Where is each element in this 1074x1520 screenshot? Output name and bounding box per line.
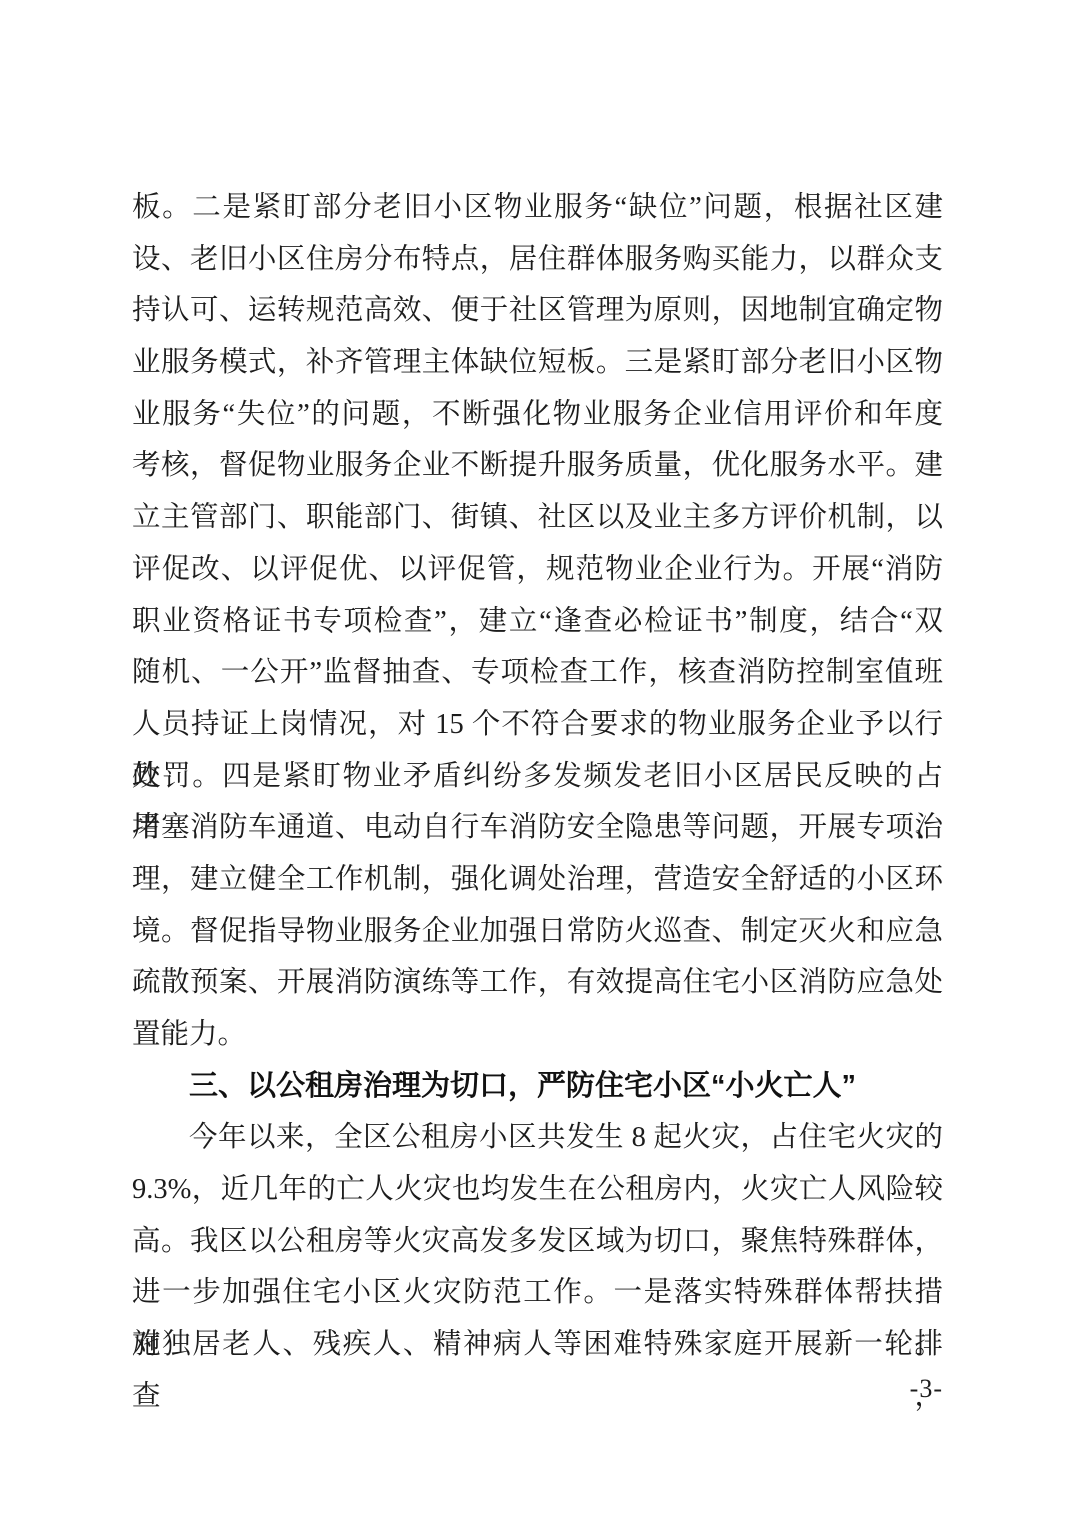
text-line: 业服务“失位”的问题，不断强化物业服务企业信用评价和年度 xyxy=(132,389,943,441)
text-line: 今年以来，全区公租房小区共发生 8 起火灾，占住宅火灾的 xyxy=(132,1112,943,1164)
text-line: 立主管部门、职能部门、街镇、社区以及业主多方评价机制，以 xyxy=(132,492,943,544)
text-line: 职业资格证书专项检查”，建立“逢查必检证书”制度，结合“双 xyxy=(132,596,943,648)
text-line: 人员持证上岗情况，对 15 个不符合要求的物业服务企业予以行政 xyxy=(132,699,943,751)
text-line: 评促改、以评促优、以评促管，规范物业企业行为。开展“消防 xyxy=(132,544,943,596)
section-heading: 三、以公租房治理为切口，严防住宅小区“小火亡人” xyxy=(132,1061,943,1113)
page-number: -3- xyxy=(910,1374,943,1404)
paragraph-continuation: 板。二是紧盯部分老旧小区物业服务“缺位”问题，根据社区建设、老旧小区住房分布特点… xyxy=(132,182,943,1061)
text-line: 置能力。 xyxy=(132,1009,943,1061)
text-line: 对独居老人、残疾人、精神病人等困难特殊家庭开展新一轮排查， xyxy=(132,1319,943,1371)
text-line: 板。二是紧盯部分老旧小区物业服务“缺位”问题，根据社区建 xyxy=(132,182,943,234)
document-body: 板。二是紧盯部分老旧小区物业服务“缺位”问题，根据社区建设、老旧小区住房分布特点… xyxy=(132,182,943,1371)
text-line: 设、老旧小区住房分布特点，居住群体服务购买能力，以群众支 xyxy=(132,234,943,286)
text-line: 堵塞消防车通道、电动自行车消防安全隐患等问题，开展专项治 xyxy=(132,802,943,854)
document-page: 板。二是紧盯部分老旧小区物业服务“缺位”问题，根据社区建设、老旧小区住房分布特点… xyxy=(0,0,1074,1520)
text-line: 高。我区以公租房等火灾高发多发区域为切口，聚焦特殊群体， xyxy=(132,1216,943,1268)
text-line: 业服务模式，补齐管理主体缺位短板。三是紧盯部分老旧小区物 xyxy=(132,337,943,389)
text-line: 9.3%，近几年的亡人火灾也均发生在公租房内，火灾亡人风险较 xyxy=(132,1164,943,1216)
text-line: 持认可、运转规范高效、便于社区管理为原则，因地制宜确定物 xyxy=(132,285,943,337)
text-line: 疏散预案、开展消防演练等工作，有效提高住宅小区消防应急处 xyxy=(132,957,943,1009)
text-line: 境。督促指导物业服务企业加强日常防火巡查、制定灭火和应急 xyxy=(132,906,943,958)
text-line: 考核，督促物业服务企业不断提升服务质量，优化服务水平。建 xyxy=(132,440,943,492)
text-line: 处罚。四是紧盯物业矛盾纠纷多发频发老旧小区居民反映的占用、 xyxy=(132,751,943,803)
text-line: 理，建立健全工作机制，强化调处治理，营造安全舒适的小区环 xyxy=(132,854,943,906)
text-line: 随机、一公开”监督抽查、专项检查工作，核查消防控制室值班 xyxy=(132,647,943,699)
paragraph-2: 今年以来，全区公租房小区共发生 8 起火灾，占住宅火灾的9.3%，近几年的亡人火… xyxy=(132,1112,943,1370)
text-line: 进一步加强住宅小区火灾防范工作。一是落实特殊群体帮扶措施。 xyxy=(132,1267,943,1319)
